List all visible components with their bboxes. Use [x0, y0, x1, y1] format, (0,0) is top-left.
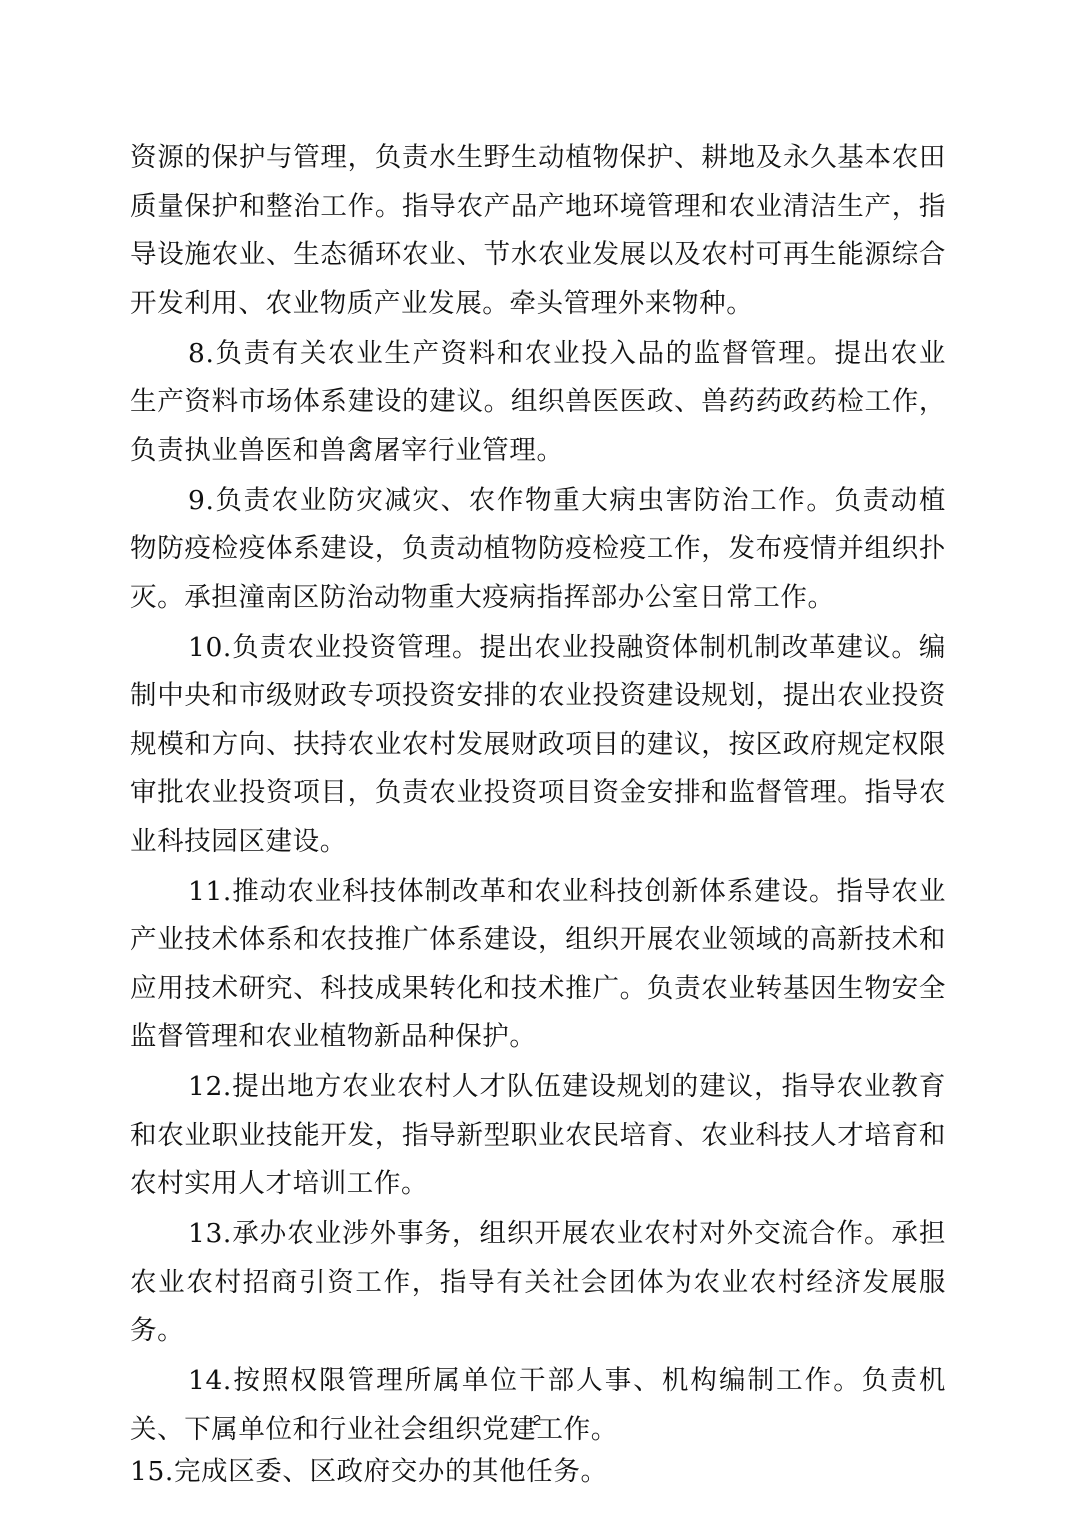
paragraph-item-14: 14.按照权限管理所属单位干部人事、机构编制工作。负责机关、下属单位和行业社会组…	[130, 1357, 946, 1454]
document-body: 资源的保护与管理，负责水生野生动植物保护、耕地及永久基本农田质量保护和整治工作。…	[130, 134, 946, 1492]
paragraph-item-11: 11.推动农业科技体制改革和农业科技创新体系建设。指导农业产业技术体系和农技推广…	[130, 868, 946, 1062]
paragraph-item-15: 15.完成区委、区政府交办的其他任务。	[130, 1454, 946, 1490]
paragraph-continuation: 资源的保护与管理，负责水生野生动植物保护、耕地及永久基本农田质量保护和整治工作。…	[130, 134, 946, 328]
paragraph-item-9: 9.负责农业防灾减灾、农作物重大病虫害防治工作。负责动植物防疫检疫体系建设，负责…	[130, 477, 946, 623]
paragraph-item-8: 8.负责有关农业生产资料和农业投入品的监督管理。提出农业生产资料市场体系建设的建…	[130, 330, 946, 476]
paragraph-item-10: 10.负责农业投资管理。提出农业投融资体制机制改革建议。编制中央和市级财政专项投…	[130, 624, 946, 867]
page-number: 2	[0, 1412, 1074, 1429]
paragraph-item-12: 12.提出地方农业农村人才队伍建设规划的建议，指导农业教育和农业职业技能开发，指…	[130, 1063, 946, 1209]
paragraph-item-13: 13.承办农业涉外事务，组织开展农业农村对外交流合作。承担农业农村招商引资工作，…	[130, 1210, 946, 1356]
